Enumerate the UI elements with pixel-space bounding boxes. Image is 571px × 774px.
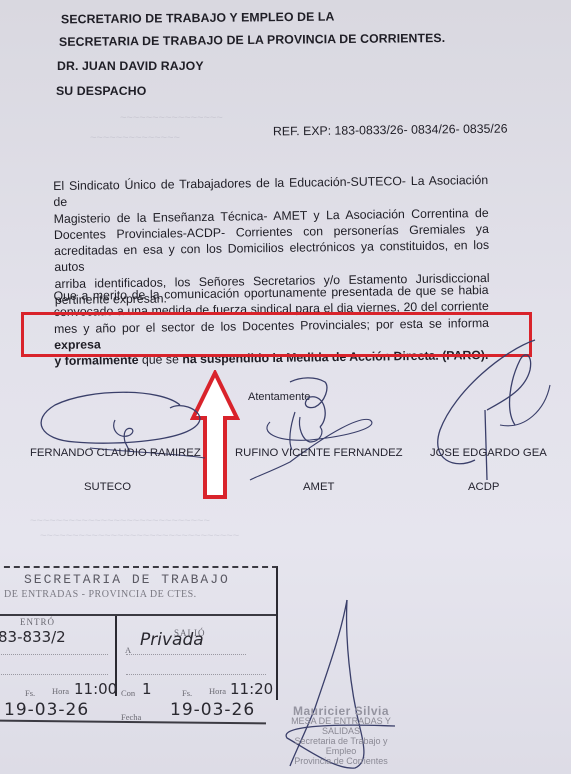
addressee-title: SECRETARIO DE TRABAJO Y EMPLEO DE LA <box>61 10 335 27</box>
entro-number: 83-833/2 <box>0 628 66 646</box>
salio-hora: 11:20 <box>230 680 273 698</box>
signatory-org: ACDP <box>468 481 499 493</box>
salio-fecha: 19-03-26 <box>170 700 255 720</box>
receiver-name: Mauricier Silvia <box>286 706 396 716</box>
signatory-name: FERNANDO CLAUDIO RAMIREZ <box>30 447 201 459</box>
stamp-line <box>0 654 108 655</box>
receiver-province: Provincia de Corrientes <box>286 756 396 766</box>
stamp-divider <box>0 614 276 616</box>
signatory-org: SUTECO <box>84 481 131 493</box>
con-label: Con <box>121 688 135 698</box>
entro-label: ENTRÓ <box>20 617 55 627</box>
hora-label: Hora <box>209 686 226 696</box>
stamp-bottom-line <box>0 720 266 725</box>
stamp-line <box>0 674 108 675</box>
reception-stamp: SECRETARIA DE TRABAJO DE ENTRADAS - PROV… <box>0 566 278 700</box>
addressee-despacho: SU DESPACHO <box>56 84 146 98</box>
receiver-seal: Mauricier Silvia MESA DE ENTRADAS Y SALI… <box>286 706 396 766</box>
salio-con: 1 <box>142 680 152 698</box>
fs-label: Fs. <box>25 688 35 698</box>
receiver-department: Secretaria de Trabajo y Empleo <box>286 736 396 756</box>
bleed-through-text: ~~~~~~~~~~~~~~ <box>90 132 180 144</box>
stamp-line <box>126 674 266 675</box>
signatory-name: RUFINO VICENTE FERNANDEZ <box>235 447 403 459</box>
stamp-line <box>126 654 246 655</box>
signature-fernandez <box>230 372 390 482</box>
salio-destination: Privada <box>140 630 204 650</box>
bleed-through-text: ~~~~~~~~~~~~~~~~~~~~~~~~~~~~ <box>30 515 210 527</box>
receiver-office: MESA DE ENTRADAS Y SALIDAS <box>286 716 396 736</box>
entro-fecha: 19-03-26 <box>4 700 89 720</box>
stamp-title: SECRETARIA DE TRABAJO <box>24 572 230 587</box>
stamp-subtitle: DE ENTRADAS - PROVINCIA DE CTES. <box>4 589 197 600</box>
bleed-through-text: ~~~~~~~~~~~~~~~~ <box>120 112 223 124</box>
hora-label: Hora <box>52 686 69 696</box>
signatory-name: JOSE EDGARDO GEA <box>430 447 547 459</box>
bleed-through-text: ~~~~~~~~~~~~~~~~~~~~~~~~~~~~~~~ <box>40 530 239 542</box>
reference-number: REF. EXP: 183-0833/26- 0834/26- 0835/26 <box>273 122 508 139</box>
signatory-org: AMET <box>303 481 334 493</box>
fs-label: Fs. <box>182 688 192 698</box>
addressee-name: DR. JUAN DAVID RAJOY <box>57 59 204 73</box>
addressee-office: SECRETARIA DE TRABAJO DE LA PROVINCIA DE… <box>59 31 445 49</box>
scanned-letter: ~~~~~~~~~~~~~~~~ ~~~~~~~~~~~~~~ ~~~~~~~~… <box>0 0 571 774</box>
entro-hora: 11:00 <box>74 680 117 698</box>
